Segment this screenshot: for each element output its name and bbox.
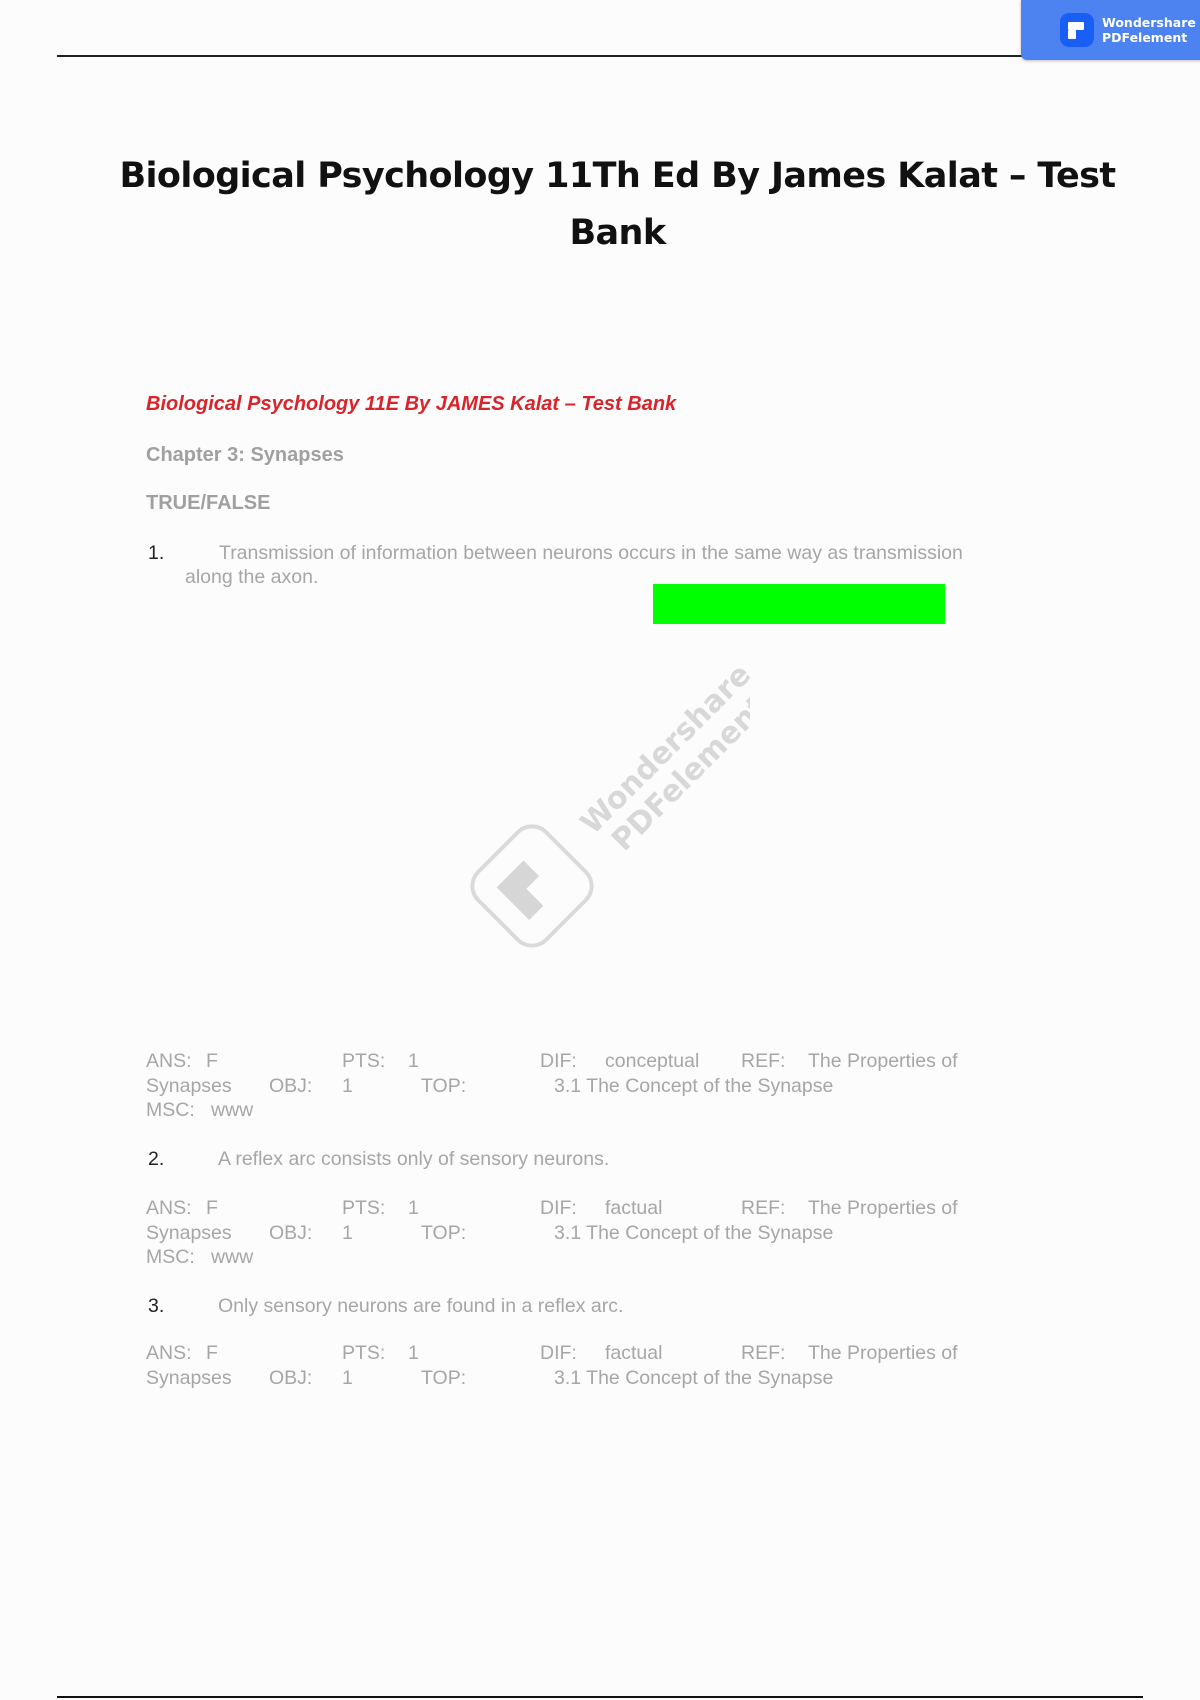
ans-label: ANS: (146, 1196, 192, 1221)
top-value: 3.1 The Concept of the Synapse (554, 1221, 833, 1246)
obj-label: OBJ: (269, 1074, 312, 1099)
question-number: 3. (148, 1294, 164, 1318)
msc-value: www (211, 1098, 253, 1123)
ref-label: REF: (741, 1196, 785, 1221)
dif-label: DIF: (540, 1196, 577, 1221)
highlight-mark (653, 584, 945, 624)
question-text: A reflex arc consists only of sensory ne… (218, 1147, 609, 1171)
section-heading: TRUE/FALSE (146, 492, 270, 515)
ref-value: The Properties of (808, 1196, 958, 1221)
brand-line1: Wondershare (1102, 15, 1196, 30)
ref-value: The Properties of (808, 1049, 958, 1074)
ans-value: F (206, 1049, 218, 1074)
msc-label: MSC: (146, 1098, 195, 1123)
chapter-heading: Chapter 3: Synapses (146, 444, 344, 467)
brand-name: Wondershare PDFelement (1102, 15, 1196, 45)
obj-value: 1 (342, 1366, 353, 1391)
pts-value: 1 (408, 1196, 419, 1221)
pdfelement-badge[interactable]: Wondershare PDFelement (1021, 0, 1200, 60)
ref-value-cont: Synapses (146, 1221, 232, 1246)
ans-value: F (206, 1196, 218, 1221)
document-title: Biological Psychology 11Th Ed By James K… (100, 148, 1135, 262)
obj-value: 1 (342, 1221, 353, 1246)
pdfelement-watermark-icon: Wondershare PDFelement (470, 660, 750, 950)
dif-label: DIF: (540, 1341, 577, 1366)
msc-value: www (211, 1245, 253, 1270)
ref-value-cont: Synapses (146, 1074, 232, 1099)
pdfelement-logo-icon (1060, 13, 1094, 47)
title-line2: Bank (100, 205, 1135, 262)
obj-label: OBJ: (269, 1221, 312, 1246)
pts-label: PTS: (342, 1341, 385, 1366)
msc-label: MSC: (146, 1245, 195, 1270)
top-value: 3.1 The Concept of the Synapse (554, 1366, 833, 1391)
question-text: Transmission of information between neur… (219, 541, 963, 565)
ans-label: ANS: (146, 1341, 192, 1366)
question-number: 2. (148, 1147, 164, 1171)
document-subtitle: Biological Psychology 11E By JAMES Kalat… (146, 393, 676, 416)
ref-label: REF: (741, 1341, 785, 1366)
pts-value: 1 (408, 1341, 419, 1366)
title-line1: Biological Psychology 11Th Ed By James K… (100, 148, 1135, 205)
dif-value: factual (605, 1196, 662, 1221)
dif-label: DIF: (540, 1049, 577, 1074)
pts-label: PTS: (342, 1049, 385, 1074)
ref-label: REF: (741, 1049, 785, 1074)
question-text: Only sensory neurons are found in a refl… (218, 1294, 623, 1318)
ans-value: F (206, 1341, 218, 1366)
ref-value-cont: Synapses (146, 1366, 232, 1391)
top-label: TOP: (421, 1366, 466, 1391)
top-label: TOP: (421, 1074, 466, 1099)
dif-value: factual (605, 1341, 662, 1366)
pts-value: 1 (408, 1049, 419, 1074)
footer-rule (57, 1696, 1143, 1698)
top-value: 3.1 The Concept of the Synapse (554, 1074, 833, 1099)
header-rule (57, 55, 1023, 57)
pts-label: PTS: (342, 1196, 385, 1221)
obj-label: OBJ: (269, 1366, 312, 1391)
ans-label: ANS: (146, 1049, 192, 1074)
question-text-cont: along the axon. (185, 565, 318, 589)
obj-value: 1 (342, 1074, 353, 1099)
top-label: TOP: (421, 1221, 466, 1246)
question-number: 1. (148, 541, 164, 565)
ref-value: The Properties of (808, 1341, 958, 1366)
brand-line2: PDFelement (1102, 30, 1196, 45)
dif-value: conceptual (605, 1049, 699, 1074)
